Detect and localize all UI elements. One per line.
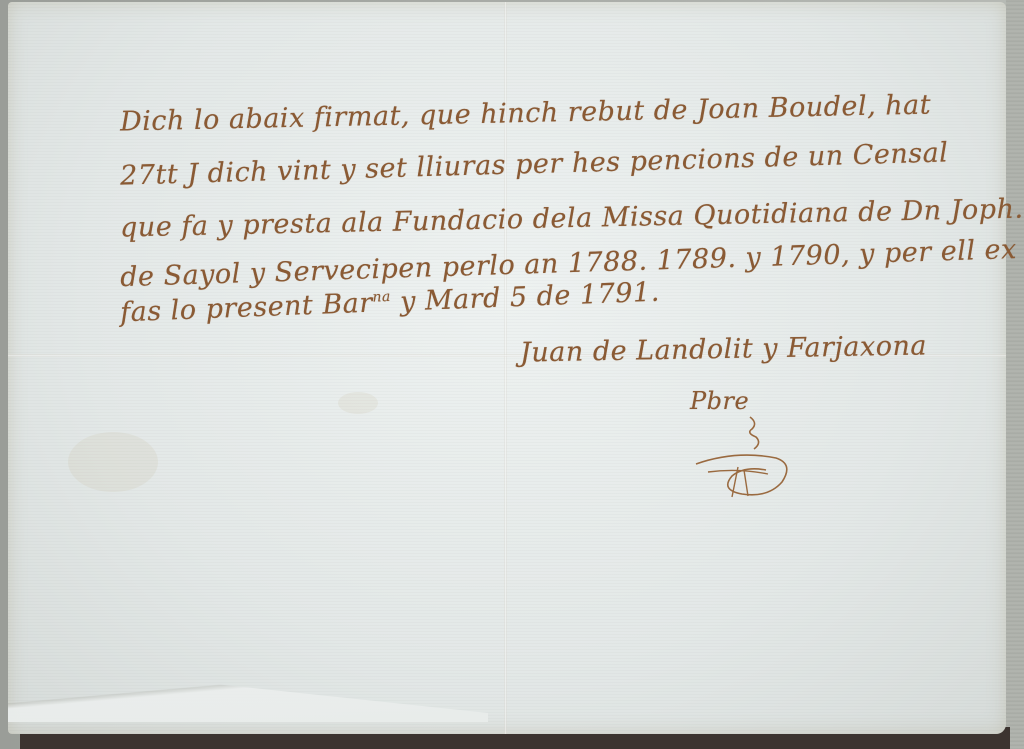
photo-background: Dich lo abaix firmat, que hinch rebut de… — [0, 0, 1024, 749]
signature-rubric-icon — [688, 412, 798, 512]
body-line-3: que fa y presta ala Fundacio dela Missa … — [120, 194, 1024, 244]
paper-stain — [338, 392, 378, 414]
signature-name: Juan de Landolit y Farjaxona — [520, 330, 927, 368]
body-line-1: Dich lo abaix firmat, que hinch rebut de… — [120, 90, 932, 138]
document-paper: Dich lo abaix firmat, que hinch rebut de… — [8, 2, 1006, 734]
signature-title: Pbre — [690, 387, 749, 415]
abbreviation-superscript: na — [372, 289, 391, 306]
backing-board — [1006, 0, 1024, 749]
paper-stain — [68, 432, 158, 492]
torn-corner — [8, 662, 488, 722]
body-line-5-start: fas lo present Bar — [120, 288, 374, 329]
body-line-2: 27tt J dich vint y set lliuras per hes p… — [120, 137, 949, 191]
